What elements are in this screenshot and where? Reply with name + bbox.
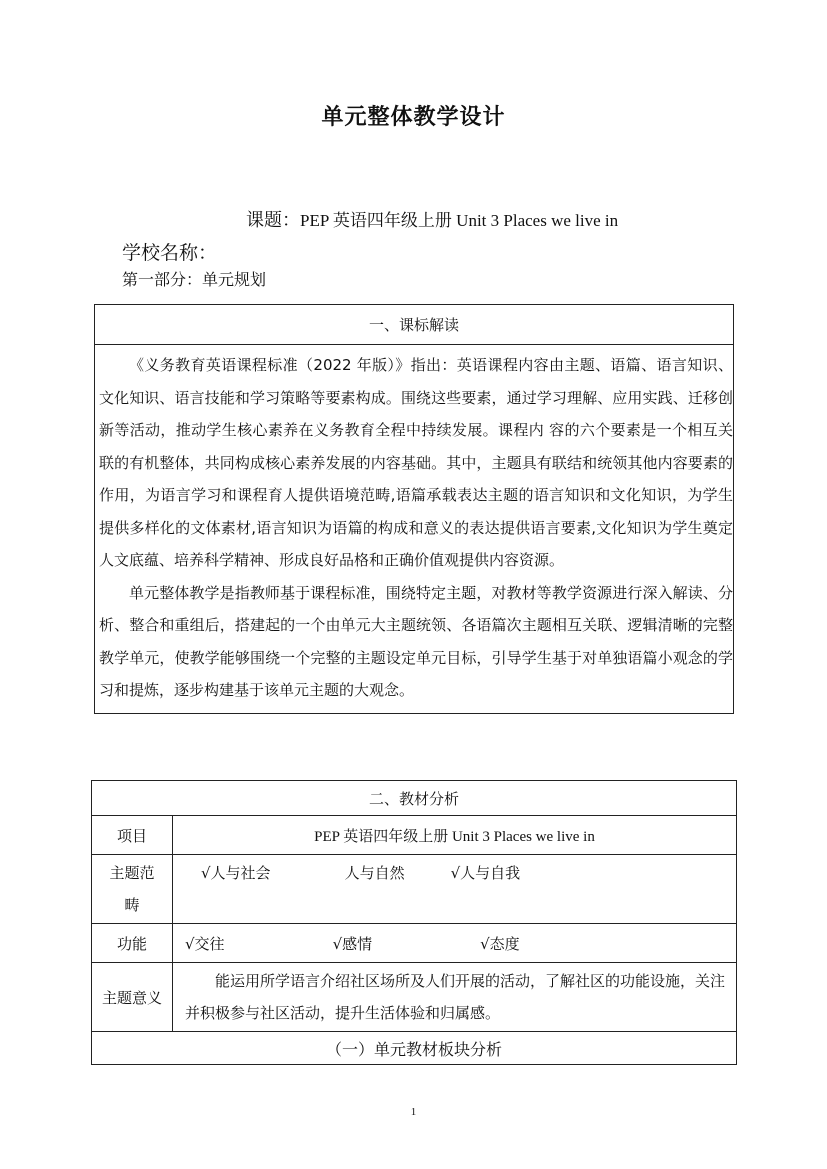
- function-options: √交往√感情√态度: [173, 924, 737, 963]
- subject-line: 课题：PEP 英语四年级上册 Unit 3 Places we live in: [246, 206, 618, 232]
- section1-paragraph-1: 《义务教育英语课程标准（2022 年版）》指出：英语课程内容由主题、语篇、语言知…: [99, 349, 733, 577]
- subsection-heading: （一）单元教材板块分析: [92, 1032, 737, 1065]
- category-options: √人与社会人与自然√人与自我: [173, 855, 737, 924]
- item-label: 项目: [92, 816, 173, 855]
- section1-body: 《义务教育英语课程标准（2022 年版）》指出：英语课程内容由主题、语篇、语言知…: [95, 345, 734, 714]
- category-option-self: √人与自我: [451, 857, 521, 889]
- subject-value: PEP 英语四年级上册 Unit 3 Places we live in: [300, 211, 618, 230]
- function-label: 功能: [92, 924, 173, 963]
- item-value: PEP 英语四年级上册 Unit 3 Places we live in: [173, 816, 737, 855]
- section1-heading: 一、课标解读: [95, 305, 734, 345]
- category-option-nature: 人与自然: [345, 857, 405, 889]
- category-label: 主题范畴: [92, 855, 173, 924]
- function-option-communication: √交往: [185, 933, 225, 954]
- page-number: 1: [0, 1106, 827, 1118]
- category-label-text: 主题范畴: [110, 857, 155, 921]
- document-title: 单元整体教学设计: [0, 100, 827, 131]
- curriculum-standard-table: 一、课标解读 《义务教育英语课程标准（2022 年版）》指出：英语课程内容由主题…: [94, 304, 734, 714]
- subject-label: 课题：: [246, 210, 300, 231]
- meaning-text: 能运用所学语言介绍社区场所及人们开展的活动，了解社区的功能设施，关注并积极参与社…: [185, 965, 732, 1029]
- part-heading: 第一部分：单元规划: [122, 267, 266, 290]
- meaning-label: 主题意义: [92, 963, 173, 1032]
- function-option-attitude: √态度: [480, 933, 520, 954]
- category-option-society: √人与社会: [201, 857, 271, 889]
- section1-paragraph-2: 单元整体教学是指教师基于课程标准，围绕特定主题，对教材等教学资源进行深入解读、分…: [99, 577, 733, 707]
- school-name-label: 学校名称：: [122, 238, 217, 265]
- function-option-emotion: √感情: [333, 933, 373, 954]
- section2-heading: 二、教材分析: [92, 781, 737, 816]
- meaning-value: 能运用所学语言介绍社区场所及人们开展的活动，了解社区的功能设施，关注并积极参与社…: [173, 963, 737, 1032]
- textbook-analysis-table: 二、教材分析 项目 PEP 英语四年级上册 Unit 3 Places we l…: [91, 780, 737, 1065]
